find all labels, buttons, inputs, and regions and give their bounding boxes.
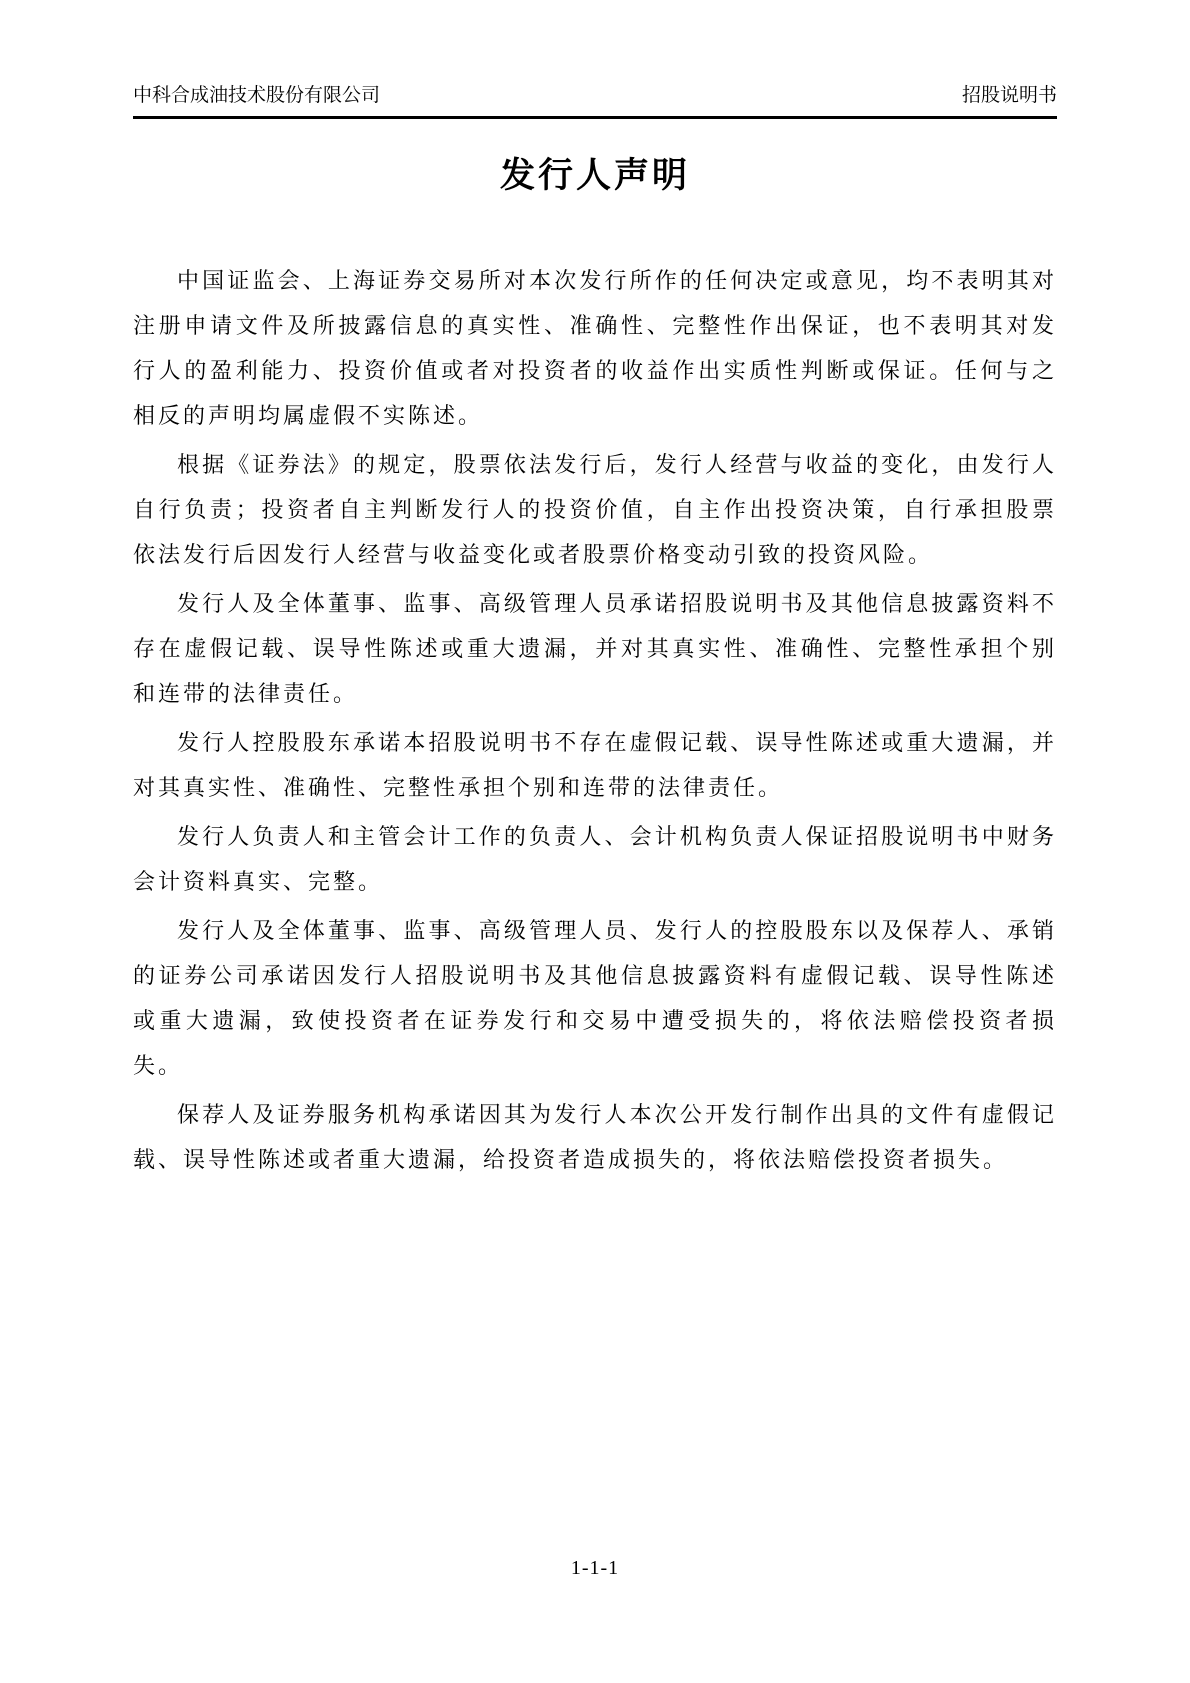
page-header: 中科合成油技术股份有限公司 招股说明书 [133,80,1057,119]
page-number: 1-1-1 [571,1557,619,1579]
page-title: 发行人声明 [0,148,1190,198]
page-footer: 1-1-1 [0,1557,1190,1580]
paragraph-sponsor-service-commitment: 保荐人及证券服务机构承诺因其为发行人本次公开发行制作出具的文件有虚假记载、误导性… [133,1092,1057,1182]
paragraph-csrc-disclaimer: 中国证监会、上海证券交易所对本次发行所作的任何决定或意见，均不表明其对注册申请文… [133,258,1057,438]
header-doc-type: 招股说明书 [962,80,1057,107]
paragraph-compensation-commitment: 发行人及全体董事、监事、高级管理人员、发行人的控股股东以及保荐人、承销的证券公司… [133,908,1057,1088]
header-company-name: 中科合成油技术股份有限公司 [133,80,380,107]
paragraph-financial-accuracy-guarantee: 发行人负责人和主管会计工作的负责人、会计机构负责人保证招股说明书中财务会计资料真… [133,814,1057,904]
declaration-body: 中国证监会、上海证券交易所对本次发行所作的任何决定或意见，均不表明其对注册申请文… [133,258,1057,1186]
paragraph-issuer-directors-commitment: 发行人及全体董事、监事、高级管理人员承诺招股说明书及其他信息披露资料不存在虚假记… [133,581,1057,716]
paragraph-controlling-shareholder-commitment: 发行人控股股东承诺本招股说明书不存在虚假记载、误导性陈述或重大遗漏，并对其真实性… [133,720,1057,810]
prospectus-declaration-page: 中科合成油技术股份有限公司 招股说明书 发行人声明 中国证监会、上海证券交易所对… [0,0,1190,1683]
paragraph-securities-law: 根据《证券法》的规定，股票依法发行后，发行人经营与收益的变化，由发行人自行负责；… [133,442,1057,577]
